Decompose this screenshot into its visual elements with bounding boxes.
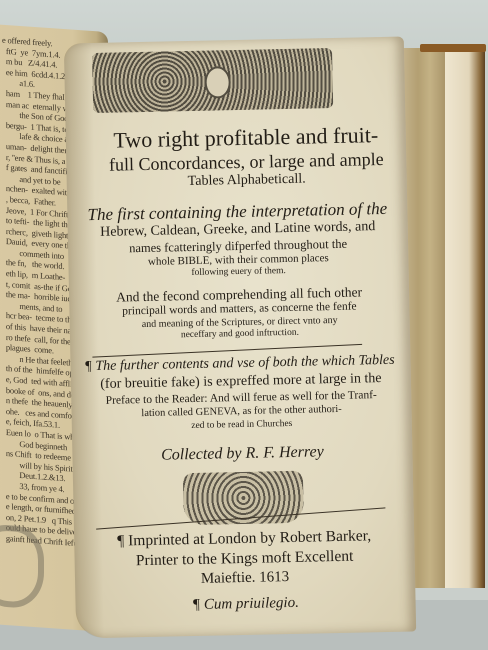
cum-privilegio: ¶ Cum priuilegio. <box>95 593 395 616</box>
book-cover-edge <box>445 48 485 588</box>
title-page: Two right profitable and fruit- full Con… <box>64 37 416 639</box>
book-cover-top <box>420 44 486 52</box>
headpiece-ornament <box>92 48 333 113</box>
collected-by: Collected by R. F. Herrey <box>92 442 392 466</box>
imprint-line-3: Maieftie. 1613 <box>95 567 395 590</box>
face-ornament-icon <box>204 66 231 99</box>
title-line-1: Two right profitable and fruit- <box>96 123 396 153</box>
